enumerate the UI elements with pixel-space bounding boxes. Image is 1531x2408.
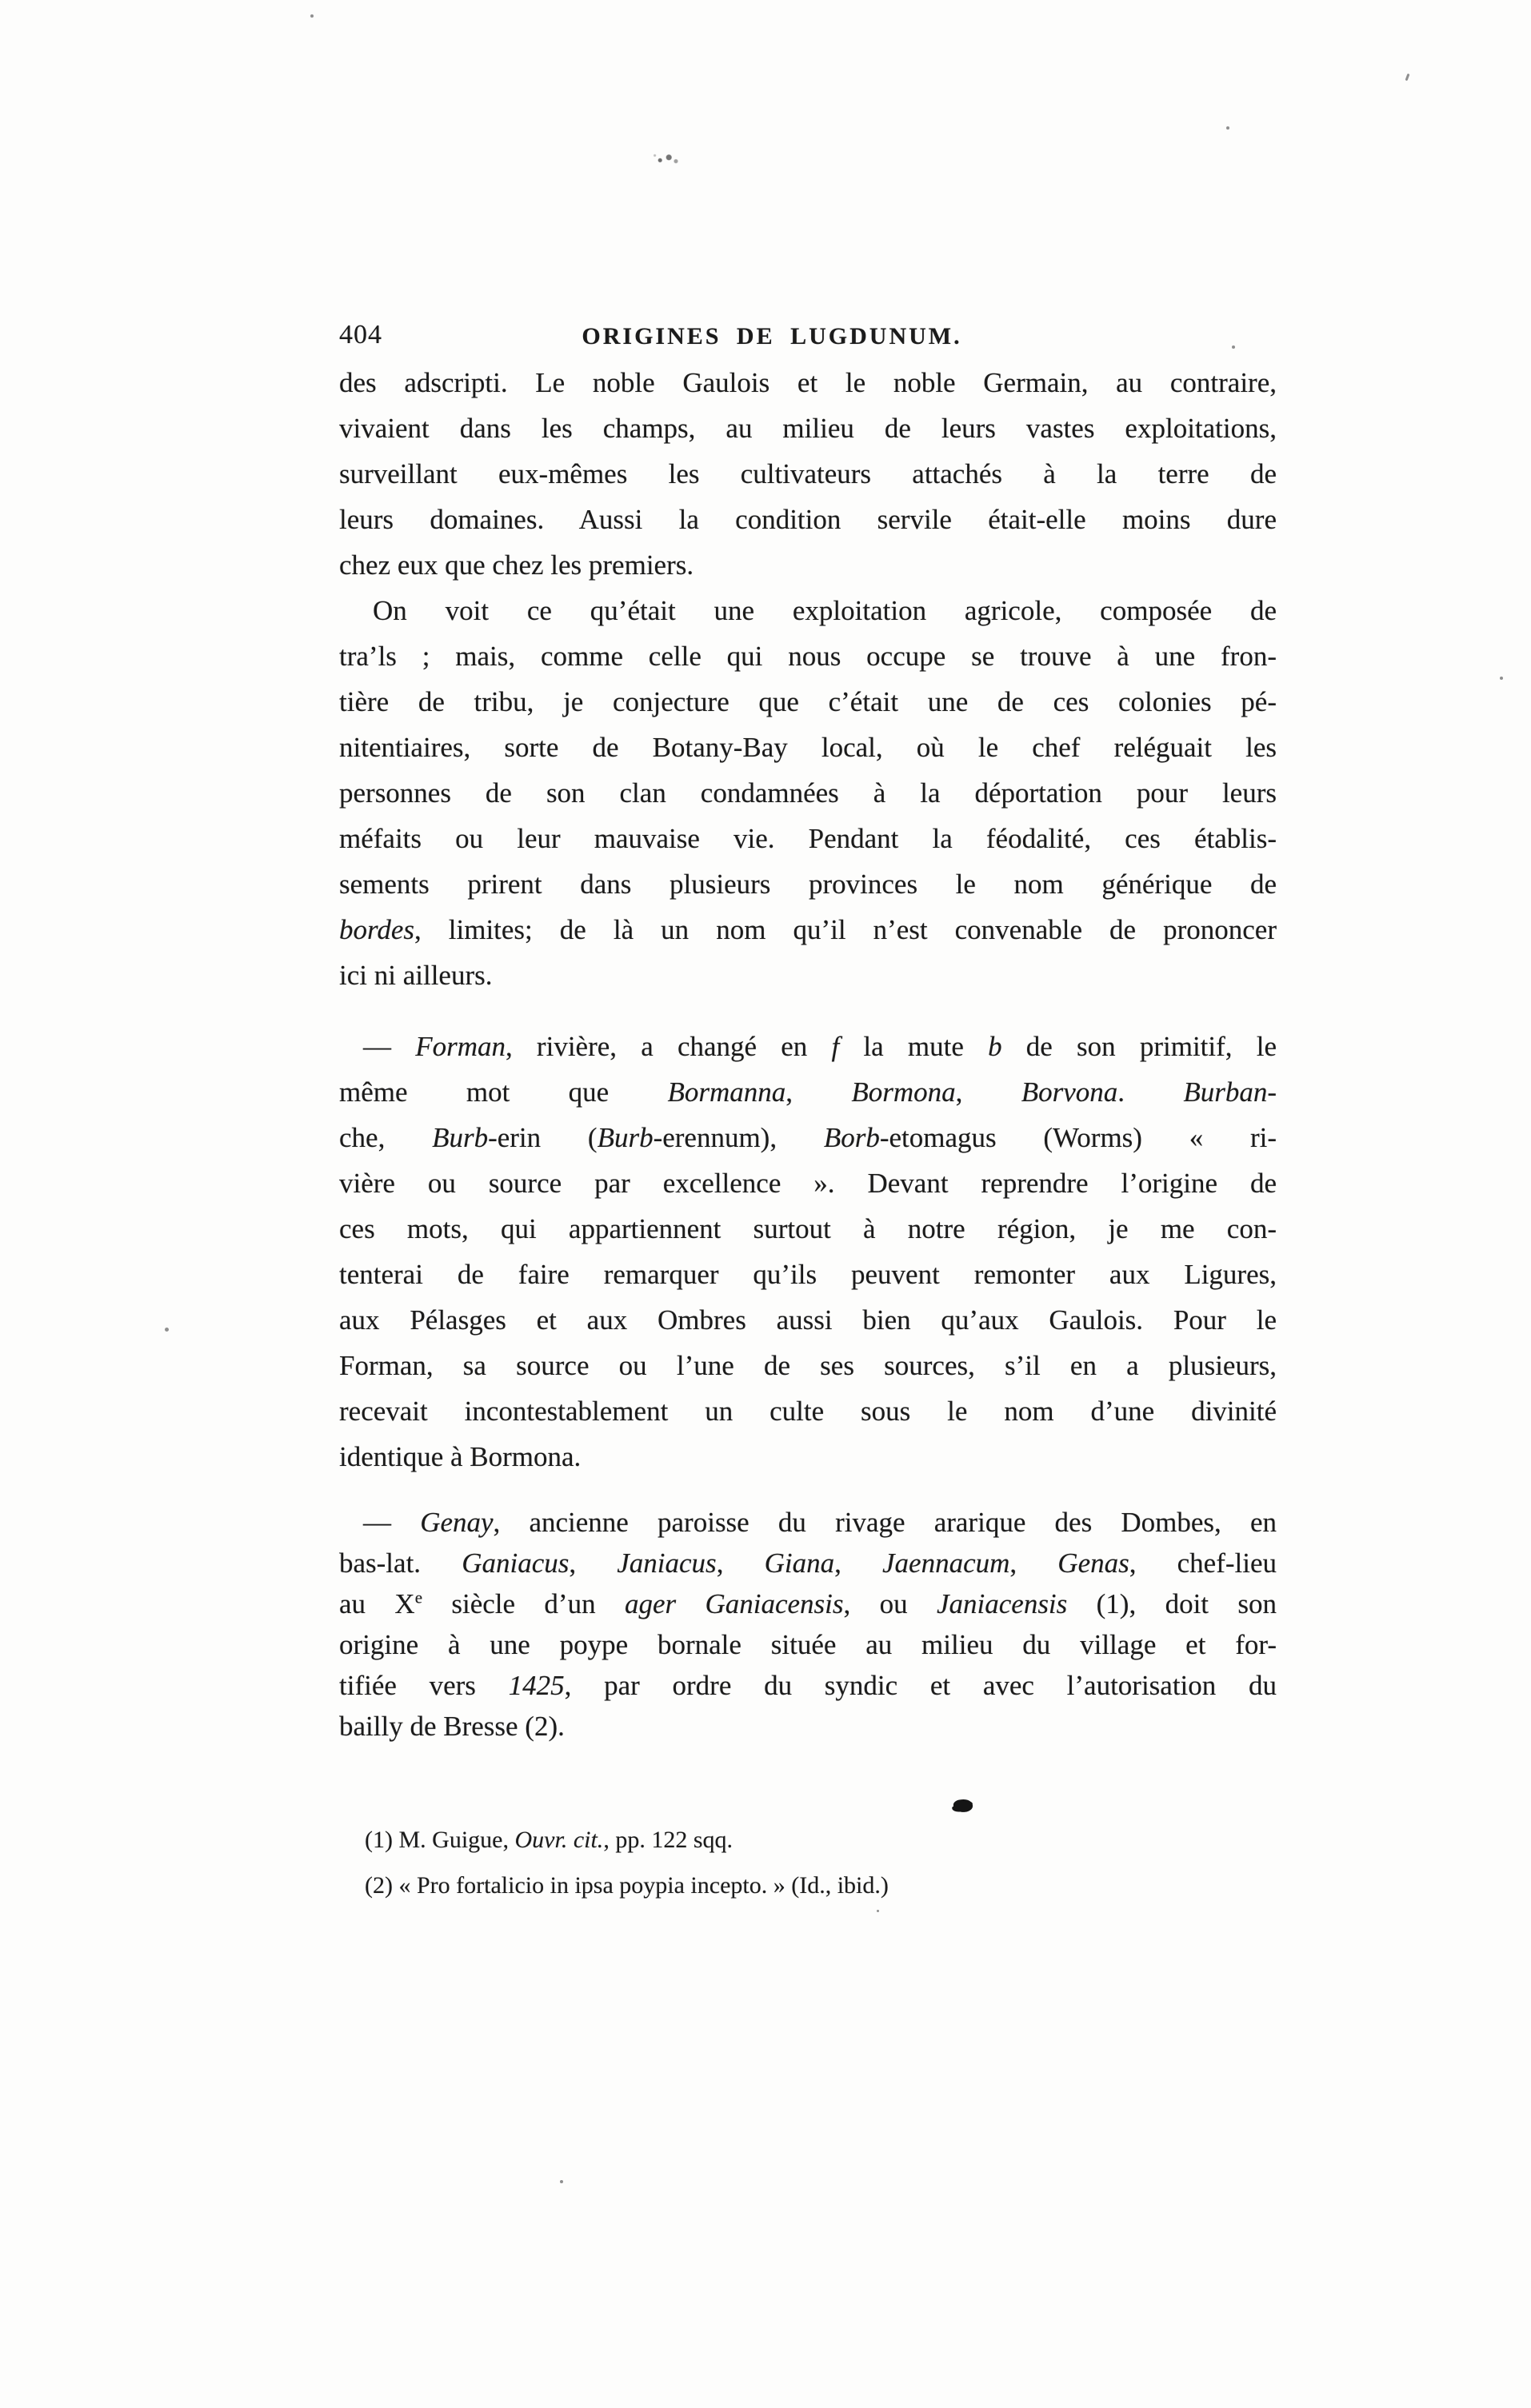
ink-blot — [953, 1799, 973, 1813]
paragraph-forman: — Forman, rivière, a changé en f la mute… — [339, 1024, 1277, 1480]
running-title: ORIGINES DE LUGDUNUM. — [532, 323, 1012, 350]
text-line: Forman, sa source ou l’une de ses source… — [339, 1343, 1277, 1388]
footnotes: (1) M. Guigue, Ouvr. cit., pp. 122 sqq.(… — [339, 1817, 1277, 1908]
text-line: sements prirent dans plusieurs provinces… — [339, 861, 1277, 907]
text-line: des adscripti. Le noble Gaulois et le no… — [339, 360, 1277, 405]
text-line: méfaits ou leur mauvaise vie. Pendant la… — [339, 816, 1277, 861]
text-line: (2) « Pro fortalicio in ipsa poypia ince… — [339, 1863, 1277, 1908]
text-line: che, Burb-erin (Burb-erennum), Borb-etom… — [339, 1115, 1277, 1160]
text-line: ces mots, qui appartiennent surtout à no… — [339, 1206, 1277, 1252]
text-line: origine à une poype bornale située au mi… — [339, 1624, 1277, 1665]
paragraph-exploitation: On voit ce qu’était une exploitation agr… — [339, 588, 1277, 998]
text-line: (1) M. Guigue, Ouvr. cit., pp. 122 sqq. — [339, 1817, 1277, 1863]
paragraph-adscripti: des adscripti. Le noble Gaulois et le no… — [339, 360, 1277, 588]
text-line: identique à Bormona. — [339, 1434, 1277, 1480]
text-line: même mot que Bormanna, Bormona, Borvona.… — [339, 1069, 1277, 1115]
scan-speck — [1232, 345, 1235, 349]
scan-speck — [560, 2180, 563, 2183]
text-line: aux Pélasges et aux Ombres aussi bien qu… — [339, 1297, 1277, 1343]
scan-speck — [877, 1910, 879, 1912]
paragraph-genay: — Genay, ancienne paroisse du rivage ara… — [339, 1502, 1277, 1747]
text-line: chez eux que chez les premiers. — [339, 542, 1277, 588]
text-line: tifiée vers 1425, par ordre du syndic et… — [339, 1665, 1277, 1706]
scan-speck — [1226, 126, 1229, 130]
scan-speck — [165, 1328, 169, 1332]
text-line: tenterai de faire remarquer qu’ils peuve… — [339, 1252, 1277, 1297]
text-line: vière ou source par excellence ». Devant… — [339, 1160, 1277, 1206]
page-number: 404 — [339, 320, 382, 350]
scan-smudge — [650, 149, 685, 168]
text-line: bas-lat. Ganiacus, Janiacus, Giana, Jaen… — [339, 1543, 1277, 1583]
text-line: leurs domaines. Aussi la condition servi… — [339, 497, 1277, 542]
text-line: personnes de son clan condamnées à la dé… — [339, 770, 1277, 816]
text-line: surveillant eux-mêmes les cultivateurs a… — [339, 451, 1277, 497]
text-line: recevait incontestablement un culte sous… — [339, 1388, 1277, 1434]
scan-speck — [1500, 677, 1503, 680]
text-line: au Xe siècle d’un ager Ganiacensis, ou J… — [339, 1583, 1277, 1624]
text-line: — Forman, rivière, a changé en f la mute… — [339, 1024, 1277, 1069]
scan-speck — [1405, 74, 1410, 81]
text-line: On voit ce qu’était une exploitation agr… — [339, 588, 1277, 633]
text-line: vivaient dans les champs, au milieu de l… — [339, 405, 1277, 451]
text-line: bailly de Bresse (2). — [339, 1706, 1277, 1747]
text-line: nitentiaires, sorte de Botany-Bay local,… — [339, 725, 1277, 770]
text-line: ici ni ailleurs. — [339, 952, 1277, 998]
text-line: tière de tribu, je conjecture que c’étai… — [339, 679, 1277, 725]
text-line: — Genay, ancienne paroisse du rivage ara… — [339, 1502, 1277, 1543]
scan-speck — [310, 14, 314, 18]
book-page-scan: 404 ORIGINES DE LUGDUNUM. des adscripti.… — [0, 0, 1531, 2408]
running-header: 404 ORIGINES DE LUGDUNUM. — [339, 318, 1277, 358]
text-line: bordes, limites; de là un nom qu’il n’es… — [339, 907, 1277, 952]
text-line: tra’ls ; mais, comme celle qui nous occu… — [339, 633, 1277, 679]
